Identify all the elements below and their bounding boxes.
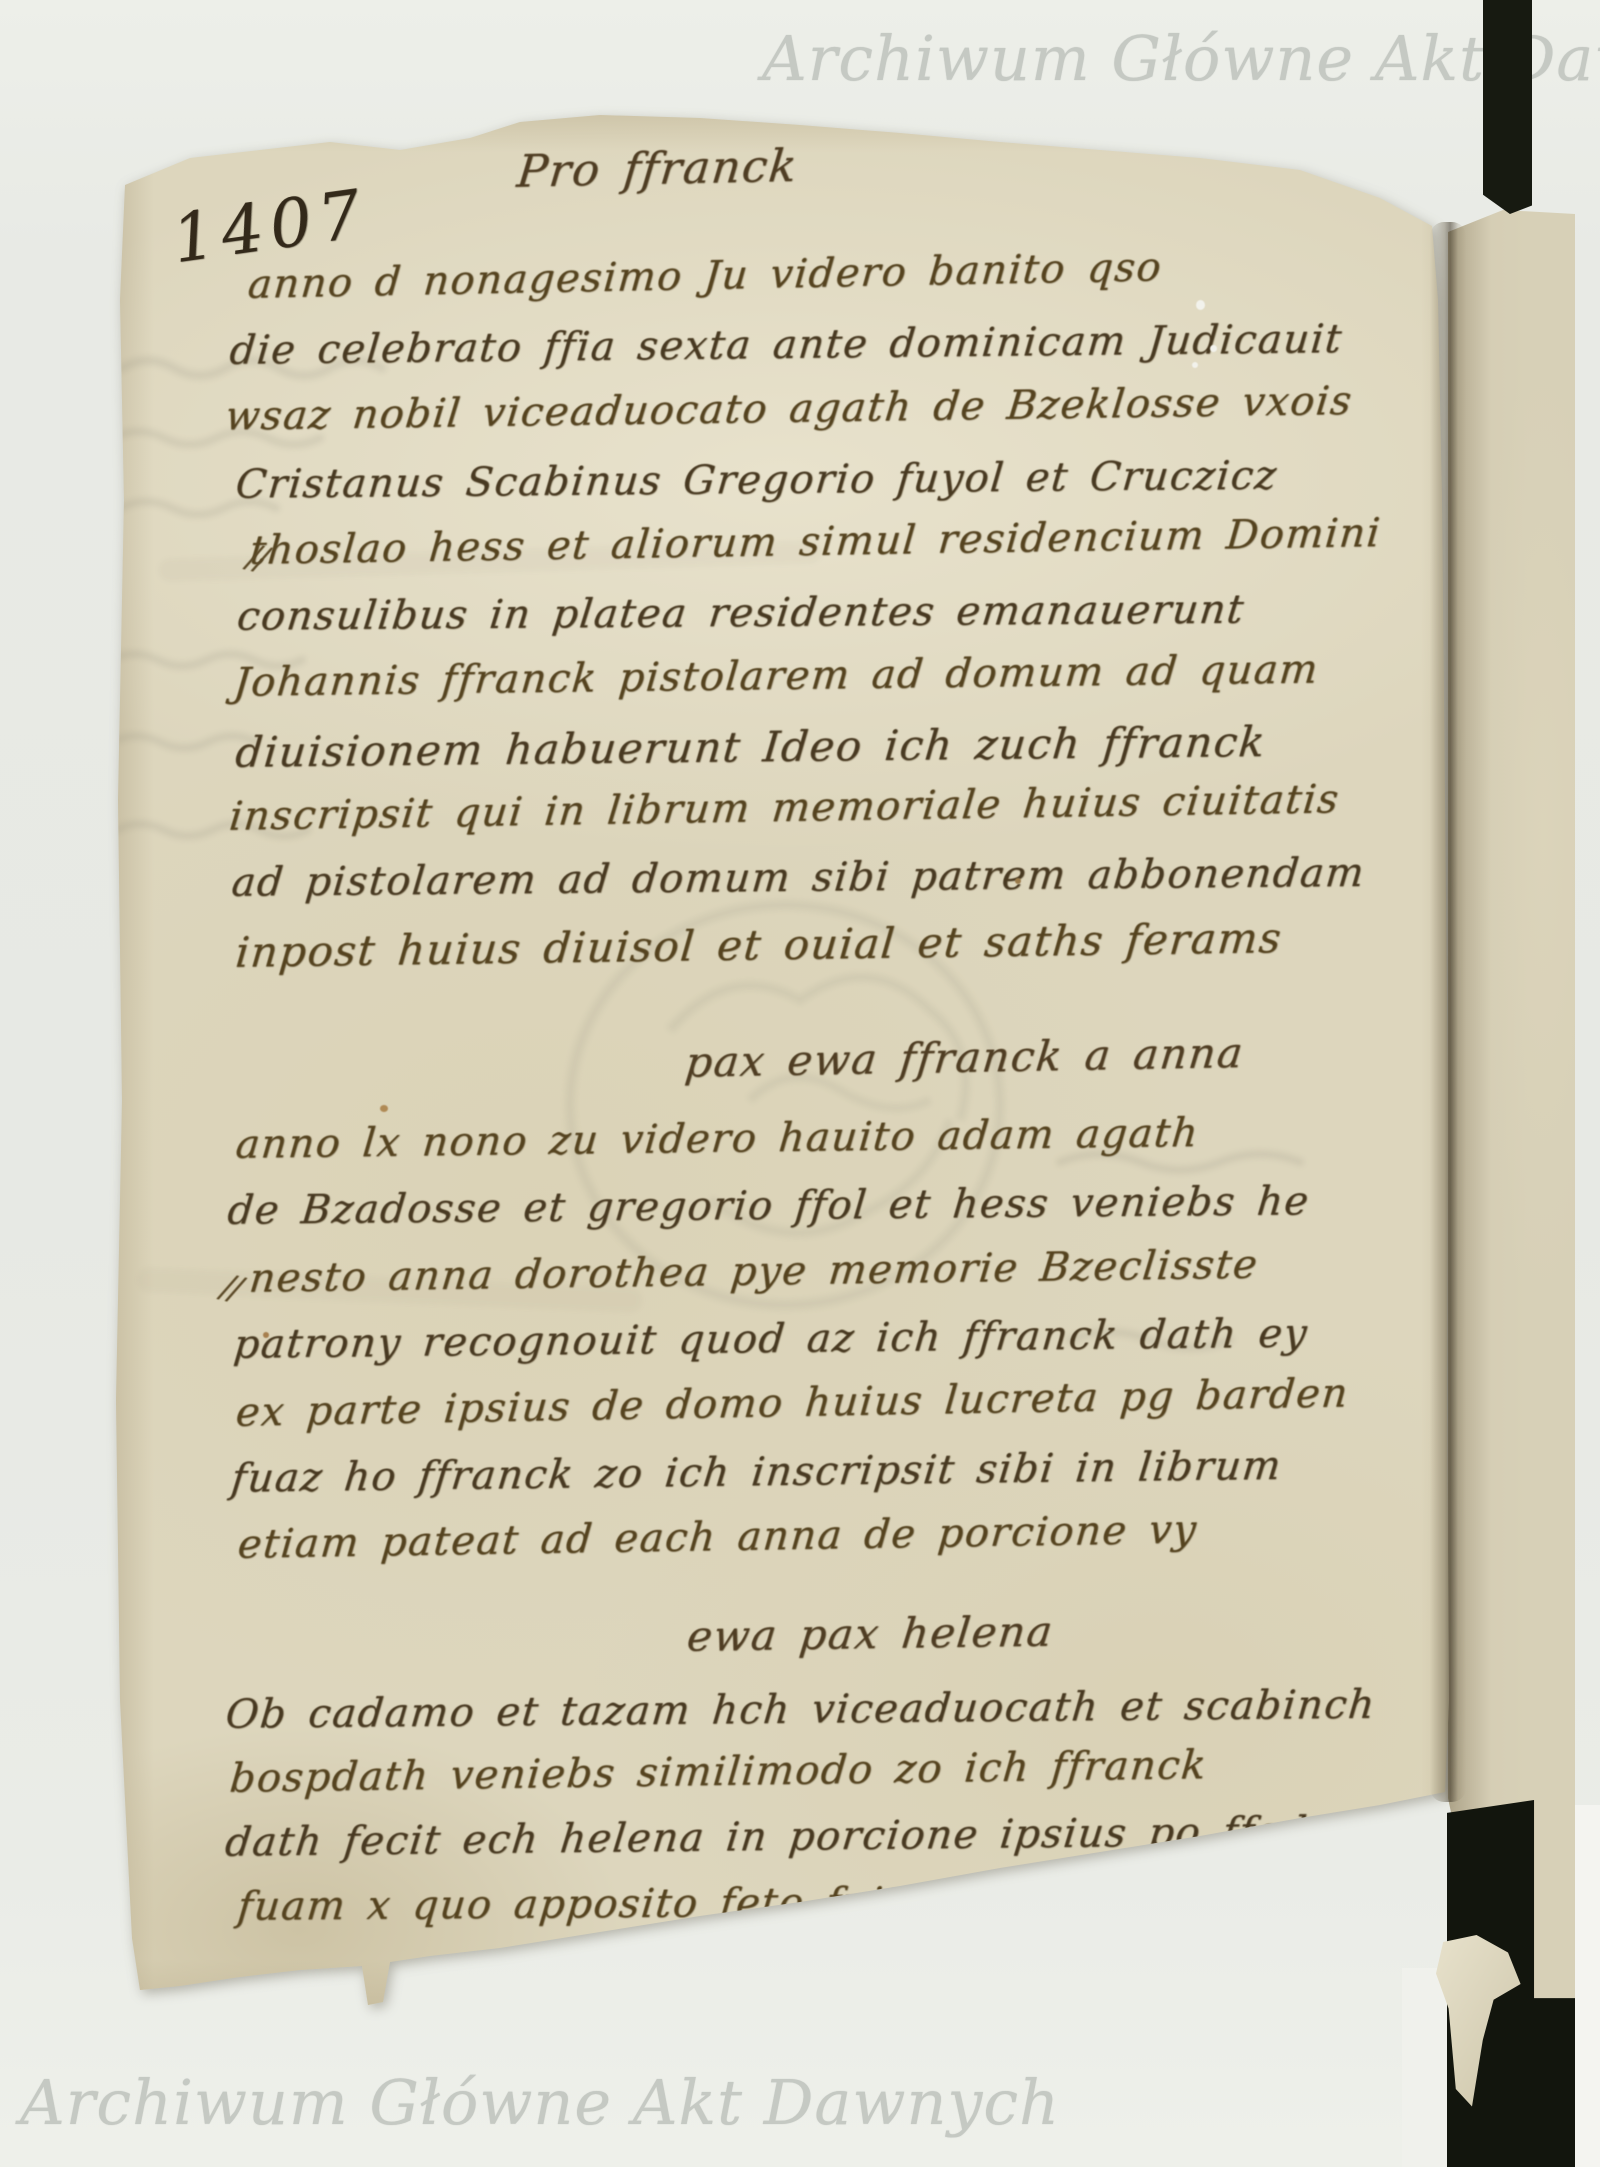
manuscript-page: 1407 Pro ffranck anno d nonagesimo Ju vi… [110,100,1455,2005]
facing-page [1448,200,1575,2005]
paper-speck [1192,362,1198,368]
manuscript-line: de Bzadosse et gregorio ffol et hess ven… [226,1179,1312,1234]
film-strip-top [1483,0,1532,214]
archive-watermark-top: Archiwum Główne Akt Dawnych [762,22,1600,95]
archive-watermark-bottom: Archiwum Główne Akt Dawnych [20,2066,1060,2139]
scan-edge-white [1575,1805,1600,2167]
ink-dot [1015,878,1021,884]
ink-dot [380,1105,388,1112]
manuscript-line: Cristanus Scabinus Gregorio fuyol et Cru… [234,453,1280,508]
manuscript-line: fuam x quo apposito feto fuit zu videro … [235,1877,1298,1930]
paper-speck [1196,300,1205,310]
section-heading-3: ewa pax helena [685,1607,1056,1661]
paper-speck [1210,345,1217,352]
manuscript-line: consulibus in platea residentes emanauer… [235,587,1248,640]
section-heading-1: Pro ffranck [515,139,801,198]
ink-dot [263,1332,269,1338]
scanned-document-view: 1407 Pro ffranck anno d nonagesimo Ju vi… [0,0,1600,2167]
section-heading-2: pax ewa ffranck a anna [683,1028,1247,1087]
binding-gutter [1430,222,1466,1802]
manuscript-page-wrap: 1407 Pro ffranck anno d nonagesimo Ju vi… [110,100,1455,2005]
